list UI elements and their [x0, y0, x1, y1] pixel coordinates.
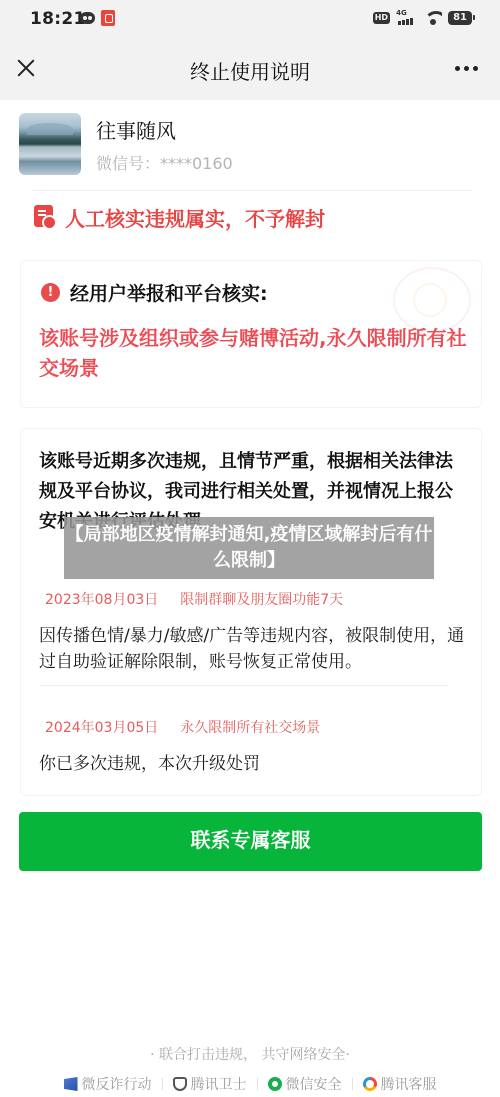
exclamation-circle-icon: !	[41, 283, 60, 302]
cellular-signal-icon: 4G	[396, 11, 418, 25]
hd-voice-icon: HD	[373, 12, 390, 24]
verdict-banner: 人工核实违规属实，不予解封	[20, 196, 482, 240]
reason-header: ! 经用户举报和平台核实:	[41, 279, 268, 306]
record-date: 2024年03月05日	[45, 717, 158, 737]
verdict-text: 人工核实违规属实，不予解封	[65, 203, 325, 232]
page-title: 终止使用说明	[0, 56, 500, 85]
signal-bars	[398, 18, 413, 25]
violation-record: 2024年03月05日 永久限制所有社交场景 你已多次违规，本次升级处罚	[39, 715, 469, 777]
battery-icon: 81	[448, 11, 472, 25]
page: 18:21 HD 4G 81 终止使用说明	[0, 0, 500, 1097]
tencent-service-icon	[363, 1077, 377, 1091]
divider	[32, 190, 472, 191]
wechat-id: 微信号：****0160	[96, 151, 233, 174]
footer-link-wechat-security[interactable]: 微信安全	[268, 1074, 342, 1094]
record-header: 2024年03月05日 永久限制所有社交场景	[39, 715, 469, 739]
footer-separator	[257, 1078, 258, 1090]
anti-fraud-icon	[64, 1077, 78, 1091]
status-notification-icons	[80, 10, 115, 26]
contact-support-button[interactable]: 联系专属客服	[19, 812, 482, 871]
footer-link-label: 微反诈行动	[82, 1074, 152, 1094]
wifi-icon	[424, 11, 442, 25]
record-penalty: 限制群聊及朋友圈功能7天	[180, 589, 343, 609]
account-profile: 往事随风 微信号：****0160	[19, 113, 481, 177]
overlay-caption: 【局部地区疫情解封通知,疫情区域解封后有什么限制】	[64, 517, 434, 579]
violation-history-card: 该账号近期多次违规，且情节严重，根据相关法律法规及平台协议，我司进行相关处置，并…	[20, 428, 482, 796]
ban-document-icon	[34, 205, 53, 227]
shield-icon	[173, 1077, 187, 1091]
footer-links: 微反诈行动 腾讯卫士 微信安全 腾讯客服	[0, 1074, 500, 1094]
status-bar: 18:21 HD 4G 81	[0, 0, 500, 40]
divider	[39, 685, 449, 686]
record-header: 2023年08月03日 限制群聊及朋友圈功能7天	[39, 587, 469, 611]
footer-link-tencent-guard[interactable]: 腾讯卫士	[173, 1074, 247, 1094]
status-indicators: HD 4G 81	[373, 11, 472, 25]
record-penalty: 永久限制所有社交场景	[180, 717, 320, 737]
footer-link-tencent-service[interactable]: 腾讯客服	[363, 1074, 437, 1094]
reason-title: 经用户举报和平台核实:	[70, 279, 268, 306]
more-dots-icon[interactable]	[455, 66, 478, 71]
violation-record: 2023年08月03日 限制群聊及朋友圈功能7天 因传播色情/暴力/敏感/广告等…	[39, 587, 469, 675]
app-notification-red-icon	[101, 10, 115, 26]
wechat-security-icon	[268, 1077, 282, 1091]
footer-link-anti-fraud[interactable]: 微反诈行动	[64, 1074, 152, 1094]
top-bar: 18:21 HD 4G 81 终止使用说明	[0, 0, 500, 100]
reason-detail: 该账号涉及组织或参与赌博活动,永久限制所有社交场景	[39, 323, 469, 383]
network-type: 4G	[396, 9, 407, 17]
footer-link-label: 腾讯客服	[381, 1074, 437, 1094]
violation-reason-card: ! 经用户举报和平台核实: 该账号涉及组织或参与赌博活动,永久限制所有社交场景	[20, 260, 482, 408]
record-body: 因传播色情/暴力/敏感/广告等违规内容，被限制使用，通过自助验证解除限制，账号恢…	[39, 623, 469, 675]
record-date: 2023年08月03日	[45, 589, 158, 609]
account-name: 往事随风	[96, 115, 176, 144]
app-notification-icon	[80, 12, 95, 24]
footer-separator	[352, 1078, 353, 1090]
footer-link-label: 微信安全	[286, 1074, 342, 1094]
footer-slogan: · 联合打击违规， 共守网络安全·	[0, 1044, 500, 1064]
avatar	[19, 113, 81, 175]
record-body: 你已多次违规，本次升级处罚	[39, 751, 469, 777]
status-time: 18:21	[30, 9, 86, 29]
footer-separator	[162, 1078, 163, 1090]
nav-bar: 终止使用说明	[0, 44, 500, 94]
footer-link-label: 腾讯卫士	[191, 1074, 247, 1094]
